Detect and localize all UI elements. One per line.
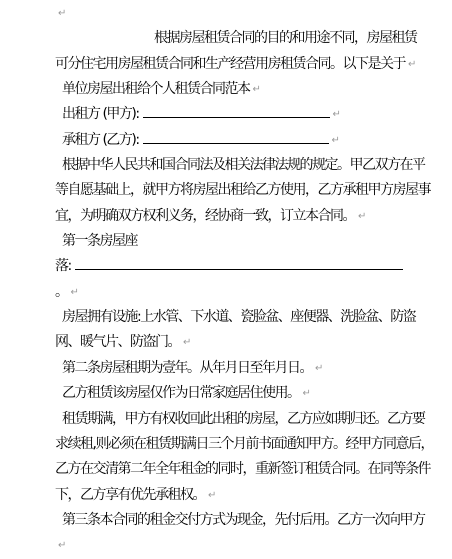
line-text: 第二条房屋租期为壹年。从年月日至年月日。 [62,360,312,376]
text-line: 下，乙方享有优先承租权。↵ [55,483,452,508]
text-line: 第二条房屋租期为壹年。从年月日至年月日。↵ [62,356,452,381]
text-line: 第三条本合同的租金交付方式为现金，先付后用。乙方一次向甲方 [62,508,452,533]
paragraph-mark-icon: ↵ [303,388,311,399]
line-text: 网、暖气片、防盗门。 [55,334,180,350]
line-text: 房屋拥有设施:上水管、下水道、瓷脸盆、座便器、洗脸盆、防盗 [62,309,415,325]
line-text: 。 [55,284,68,300]
line-text: 第一条房屋座 [62,233,137,249]
paragraph-mark-icon: ↵ [58,8,66,19]
paragraph-mark-icon: ↵ [208,490,216,501]
line-text: 宜，为明确双方权利义务，经协商一致，订立本合同。 [55,208,355,224]
line-text: 租赁期满，甲方有权收回此出租的房屋，乙方应如期归还。乙方要 [62,411,425,427]
text-line: 根据中华人民共和国合同法及相关法律法规的规定。甲乙双方在平 [62,153,452,178]
paragraph-mark-icon: ↵ [408,59,416,70]
text-line: 房屋拥有设施:上水管、下水道、瓷脸盆、座便器、洗脸盆、防盗 [62,305,452,330]
paragraph-mark-icon: ↵ [333,109,341,120]
text-line: 。↵ [55,280,452,305]
text-line: 等自愿基础上，就甲方将房屋出租给乙方使用，乙方承租甲方房屋事 [55,178,452,203]
text-line: 乙方租赁该房屋仅作为日常家庭居住使用。↵ [62,381,452,406]
text-line: ↵ [55,1,452,26]
text-line: ↵ [55,533,452,558]
line-text: 落: [55,258,74,274]
line-text: 等自愿基础上，就甲方将房屋出租给乙方使用，乙方承租甲方房屋事 [55,182,430,198]
line-text: 求续租,则必须在租赁期满日三个月前书面通知甲方。经甲方同意后， [55,436,433,452]
line-text: 可分住宅用房屋租赁合同和生产经营用房租赁合同。以下是关于 [55,56,405,72]
text-line: 宜，为明确双方权利义务，经协商一致，订立本合同。↵ [55,204,452,229]
text-line: 承租方 (乙方): ↵ [62,128,452,153]
line-text: 出租方 (甲方): [62,106,142,122]
paragraph-mark-icon: ↵ [253,84,261,95]
text-line: 根据房屋租赁合同的目的和用途不同，房屋租赁 [154,26,452,51]
fill-in-blank [75,254,403,270]
line-text: 单位房屋出租给个人租赁合同范本 [62,81,250,97]
fill-in-blank [143,102,330,118]
text-line: 乙方在交清第二年全年租金的同时，重新签订租赁合同。在同等条件 [55,457,452,482]
line-text: 根据中华人民共和国合同法及相关法律法规的规定。甲乙双方在平 [62,157,425,173]
paragraph-mark-icon: ↵ [358,211,366,222]
line-text: 承租方 (乙方): [62,132,142,148]
text-line: 网、暖气片、防盗门。↵ [55,330,452,355]
text-line: 单位房屋出租给个人租赁合同范本↵ [62,77,452,102]
text-line: 求续租,则必须在租赁期满日三个月前书面通知甲方。经甲方同意后， [55,432,452,457]
text-line: 落: [55,254,452,279]
line-text: 乙方租赁该房屋仅作为日常家庭居住使用。 [62,385,300,401]
paragraph-mark-icon: ↵ [183,337,191,348]
paragraph-mark-icon: ↵ [58,540,66,551]
paragraph-mark-icon: ↵ [332,135,340,146]
fill-in-blank [143,128,329,144]
text-line: 第一条房屋座 [62,229,452,254]
line-text: 乙方在交清第二年全年租金的同时，重新签订租赁合同。在同等条件 [55,461,430,477]
paragraph-mark-icon: ↵ [315,363,323,374]
line-text: 根据房屋租赁合同的目的和用途不同，房屋租赁 [154,30,417,46]
paragraph-mark-icon: ↵ [71,287,79,298]
text-line: 租赁期满，甲方有权收回此出租的房屋，乙方应如期归还。乙方要 [62,407,452,432]
line-text: 第三条本合同的租金交付方式为现金，先付后用。乙方一次向甲方 [62,512,425,528]
line-text: 下，乙方享有优先承租权。 [55,487,205,503]
contract-document-page: ↵根据房屋租赁合同的目的和用途不同，房屋租赁可分住宅用房屋租赁合同和生产经营用房… [0,0,452,559]
text-line: 出租方 (甲方): ↵ [62,102,452,127]
text-line: 可分住宅用房屋租赁合同和生产经营用房租赁合同。以下是关于↵ [55,52,452,77]
